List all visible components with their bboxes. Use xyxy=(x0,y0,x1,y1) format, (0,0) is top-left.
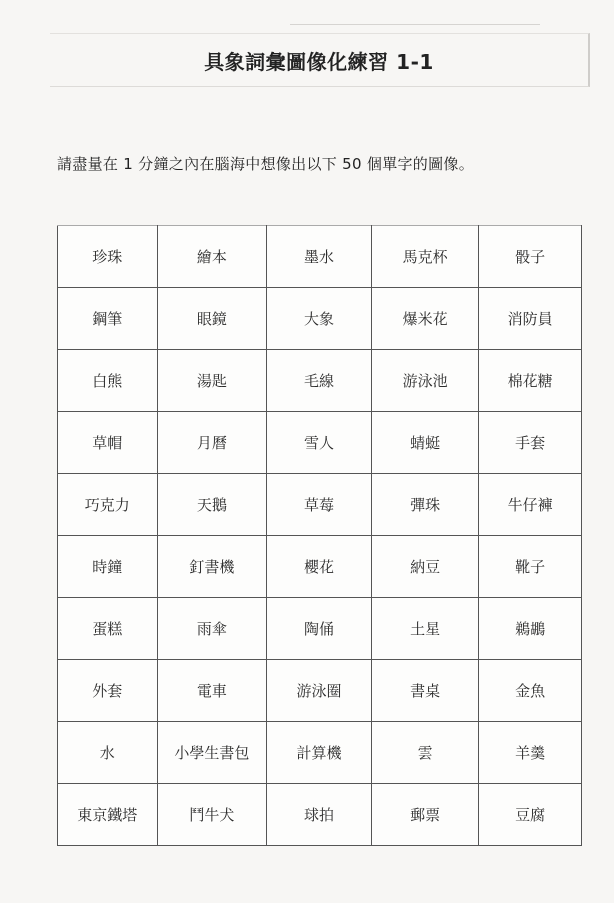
word-cell: 天鵝 xyxy=(157,474,267,536)
table-row: 草帽月曆雪人蜻蜓手套 xyxy=(58,412,582,474)
word-cell: 電車 xyxy=(157,660,267,722)
word-cell: 骰子 xyxy=(479,226,582,288)
word-cell: 釘書機 xyxy=(157,536,267,598)
word-cell: 東京鐵塔 xyxy=(58,784,158,846)
title-box: 具象詞彙圖像化練習 1-1 xyxy=(50,33,590,87)
word-cell: 雲 xyxy=(371,722,479,784)
word-cell: 游泳池 xyxy=(371,350,479,412)
word-cell: 繪本 xyxy=(157,226,267,288)
word-cell: 馬克杯 xyxy=(371,226,479,288)
word-cell: 計算機 xyxy=(267,722,372,784)
table-row: 蛋糕雨傘陶俑土星鵜鶘 xyxy=(58,598,582,660)
word-grid: 珍珠繪本墨水馬克杯骰子鋼筆眼鏡大象爆米花消防員白熊湯匙毛線游泳池棉花糖草帽月曆雪… xyxy=(57,225,582,846)
word-cell: 墨水 xyxy=(267,226,372,288)
word-cell: 土星 xyxy=(371,598,479,660)
word-cell: 鋼筆 xyxy=(58,288,158,350)
word-cell: 時鐘 xyxy=(58,536,158,598)
word-cell: 鬥牛犬 xyxy=(157,784,267,846)
word-cell: 雪人 xyxy=(267,412,372,474)
word-cell: 納豆 xyxy=(371,536,479,598)
word-cell: 眼鏡 xyxy=(157,288,267,350)
word-cell: 爆米花 xyxy=(371,288,479,350)
word-cell: 棉花糖 xyxy=(479,350,582,412)
word-cell: 書桌 xyxy=(371,660,479,722)
word-cell: 珍珠 xyxy=(58,226,158,288)
table-row: 外套電車游泳圈書桌金魚 xyxy=(58,660,582,722)
page-title: 具象詞彙圖像化練習 1-1 xyxy=(50,46,588,75)
word-cell: 郵票 xyxy=(371,784,479,846)
decorative-rule xyxy=(290,24,540,25)
table-row: 鋼筆眼鏡大象爆米花消防員 xyxy=(58,288,582,350)
word-cell: 游泳圈 xyxy=(267,660,372,722)
word-cell: 金魚 xyxy=(479,660,582,722)
word-cell: 水 xyxy=(58,722,158,784)
word-cell: 櫻花 xyxy=(267,536,372,598)
word-cell: 消防員 xyxy=(479,288,582,350)
word-cell: 巧克力 xyxy=(58,474,158,536)
word-cell: 彈珠 xyxy=(371,474,479,536)
word-cell: 豆腐 xyxy=(479,784,582,846)
word-cell: 雨傘 xyxy=(157,598,267,660)
table-row: 水小學生書包計算機雲羊羹 xyxy=(58,722,582,784)
word-cell: 湯匙 xyxy=(157,350,267,412)
word-cell: 草莓 xyxy=(267,474,372,536)
word-cell: 白熊 xyxy=(58,350,158,412)
word-cell: 草帽 xyxy=(58,412,158,474)
word-cell: 手套 xyxy=(479,412,582,474)
table-row: 巧克力天鵝草莓彈珠牛仔褲 xyxy=(58,474,582,536)
table-row: 白熊湯匙毛線游泳池棉花糖 xyxy=(58,350,582,412)
word-cell: 蜻蜓 xyxy=(371,412,479,474)
word-cell: 陶俑 xyxy=(267,598,372,660)
table-row: 東京鐵塔鬥牛犬球拍郵票豆腐 xyxy=(58,784,582,846)
table-row: 時鐘釘書機櫻花納豆靴子 xyxy=(58,536,582,598)
word-cell: 靴子 xyxy=(479,536,582,598)
instruction-text: 請盡量在 1 分鐘之內在腦海中想像出以下 50 個單字的圖像。 xyxy=(57,153,474,174)
word-cell: 蛋糕 xyxy=(58,598,158,660)
word-cell: 外套 xyxy=(58,660,158,722)
word-cell: 羊羹 xyxy=(479,722,582,784)
word-cell: 毛線 xyxy=(267,350,372,412)
word-cell: 球拍 xyxy=(267,784,372,846)
word-cell: 牛仔褲 xyxy=(479,474,582,536)
word-cell: 大象 xyxy=(267,288,372,350)
word-cell: 鵜鶘 xyxy=(479,598,582,660)
table-row: 珍珠繪本墨水馬克杯骰子 xyxy=(58,226,582,288)
word-cell: 月曆 xyxy=(157,412,267,474)
word-cell: 小學生書包 xyxy=(157,722,267,784)
